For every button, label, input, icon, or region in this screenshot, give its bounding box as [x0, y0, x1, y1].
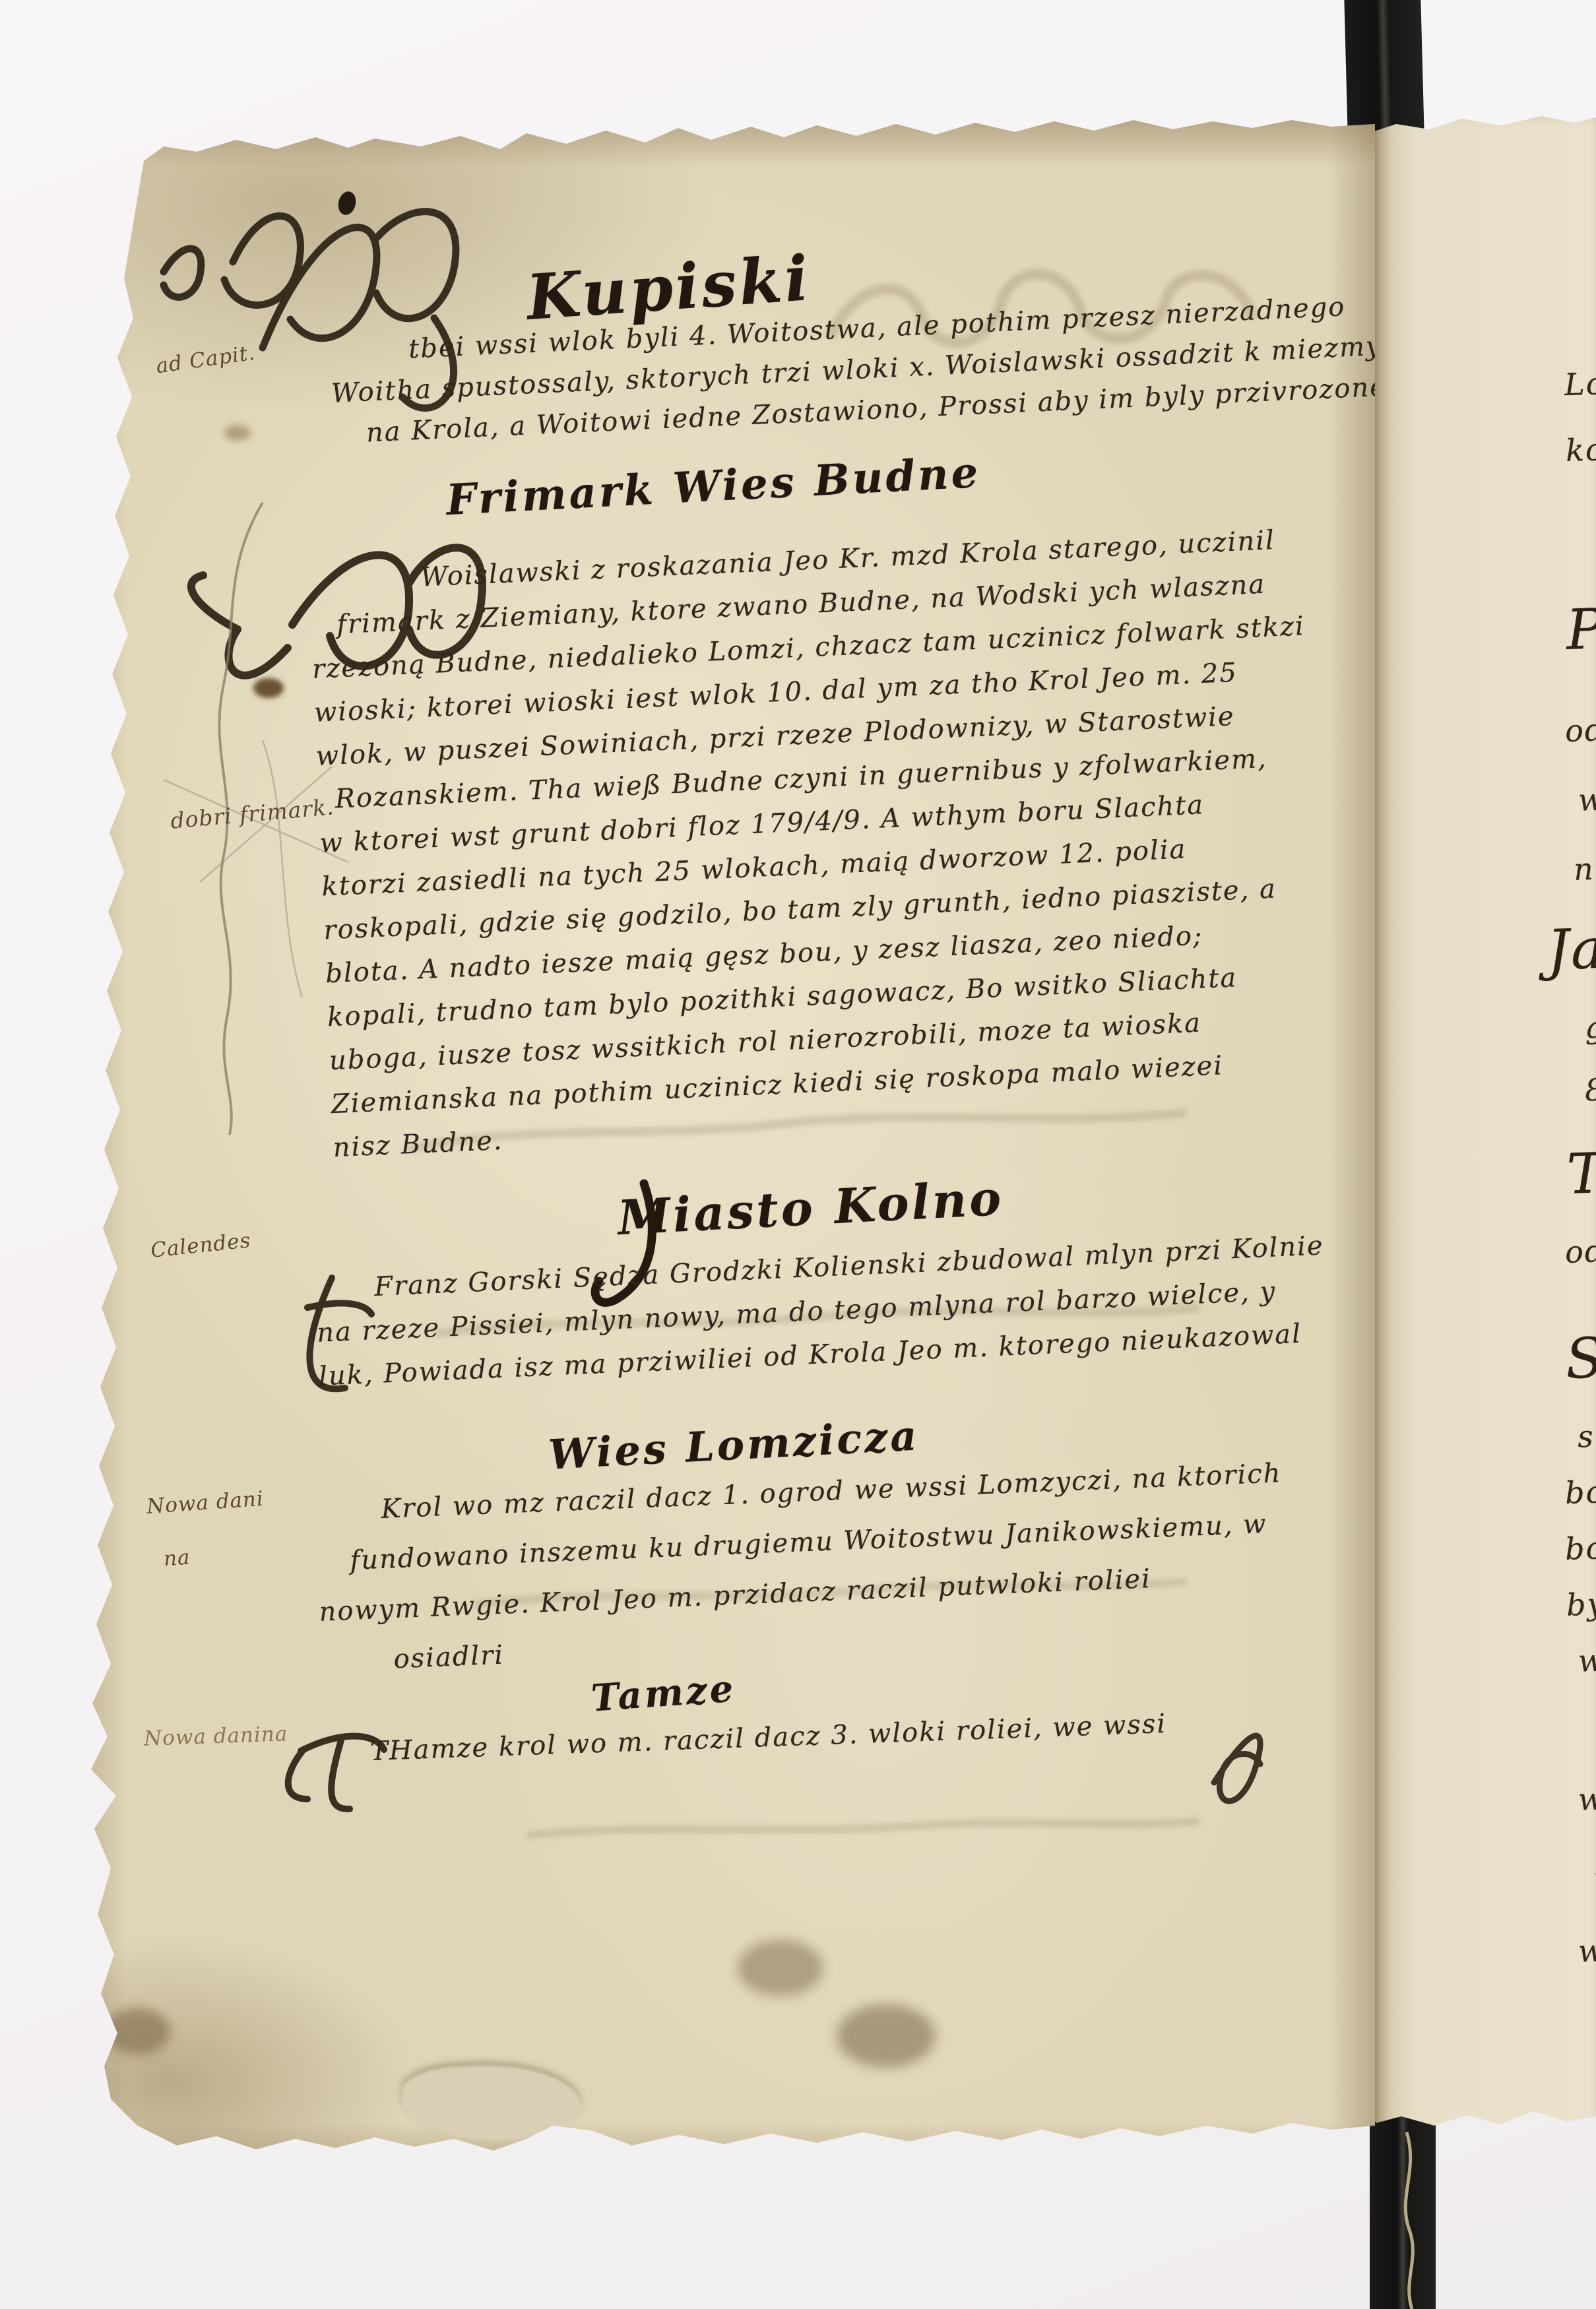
paragraph-miasto-kolno: Franz Gorski Sędza Grodzki Kolienski zbu…: [314, 1224, 1329, 1399]
paragraph-tamze: THamze krol wo m. raczil dacz 3. wloki r…: [297, 1701, 1167, 1777]
end-flourish-icon: [1214, 1736, 1260, 1801]
manuscript-page: Kupiski Frimark Wies Budne Miasto Kolno …: [65, 120, 1375, 2165]
cutoff-text-fragment: w: [1578, 781, 1596, 817]
cutoff-text-fragment: by: [1566, 1586, 1596, 1623]
manuscript-line: THamze krol wo m. raczil dacz 3. wloki r…: [369, 1701, 1167, 1775]
margin-note-calendes: Calendes: [150, 1228, 252, 1263]
cutoff-text-fragment: Ja: [1547, 916, 1596, 982]
cutoff-text-fragment: w: [1578, 1781, 1596, 1817]
cutoff-text-fragment: sl: [1577, 1418, 1596, 1454]
smudge-stain: [837, 2004, 936, 2068]
manuscript-scan: LokoPodwniJag8TodSslbobobywwiw: [0, 0, 1596, 2309]
cutoff-text-fragment: ni: [1573, 850, 1596, 887]
cutoff-text-fragment: 8: [1584, 1071, 1596, 1108]
cutoff-text-fragment: Lo: [1564, 365, 1596, 402]
cutoff-text-fragment: od: [1564, 1233, 1596, 1270]
facing-page-fragments: LokoPodwniJag8TodSslbobobywwiw: [1368, 111, 1596, 2146]
cutoff-text-fragment: P: [1566, 596, 1596, 662]
cutoff-text-fragment: w: [1578, 1932, 1596, 1969]
facing-page: LokoPodwniJag8TodSslbobobywwiw: [1368, 111, 1596, 2146]
cutoff-text-fragment: bo: [1564, 1474, 1596, 1511]
margin-note-dobri-frimark: dobri frimark.: [170, 794, 335, 834]
cutoff-text-fragment: i: [1593, 1860, 1596, 1897]
cutoff-text-fragment: bo: [1564, 1530, 1596, 1567]
cutoff-text-fragment: g: [1584, 1009, 1596, 1045]
cutoff-text-fragment: od: [1564, 712, 1596, 749]
binding-strap-top: [1344, 0, 1424, 132]
paragraph-frimark: Woislawski z roskazania Jeo Kr. mzd Krol…: [307, 517, 1327, 1170]
heading-frimark-wies-budne: Frimark Wies Budne: [445, 448, 982, 525]
cutoff-text-fragment: T: [1566, 1141, 1596, 1207]
margin-note-na: na: [163, 1546, 191, 1571]
foxing-spot: [224, 425, 251, 441]
margin-note-nowa-dani: Nowa dani: [146, 1487, 265, 1519]
corner-stain: [104, 2008, 170, 2054]
torn-paper-patch: [400, 2060, 583, 2145]
margin-note-ad-capit: ad Capit.: [154, 341, 257, 379]
ink-dot-stain: [336, 189, 358, 216]
cutoff-text-fragment: ko: [1565, 431, 1596, 468]
cutoff-text-fragment: w: [1578, 1642, 1596, 1678]
smudge-stain: [738, 1940, 823, 1996]
ink-blot-stain: [253, 678, 284, 698]
paragraph-wies-lomzicza: Krol wo mz raczil dacz 1. ogrod we wssi …: [314, 1448, 1289, 1688]
binding-strap-bottom: [1370, 2101, 1436, 2309]
cutoff-text-fragment: S: [1565, 1325, 1596, 1391]
margin-note-nowa-danina: Nowa danina: [143, 1722, 288, 1751]
paragraph-kupiski: tbei wssi wlok byli 4. Woitostwa, ale po…: [329, 284, 1388, 455]
heading-miasto-kolno: Miasto Kolno: [616, 1170, 1005, 1246]
